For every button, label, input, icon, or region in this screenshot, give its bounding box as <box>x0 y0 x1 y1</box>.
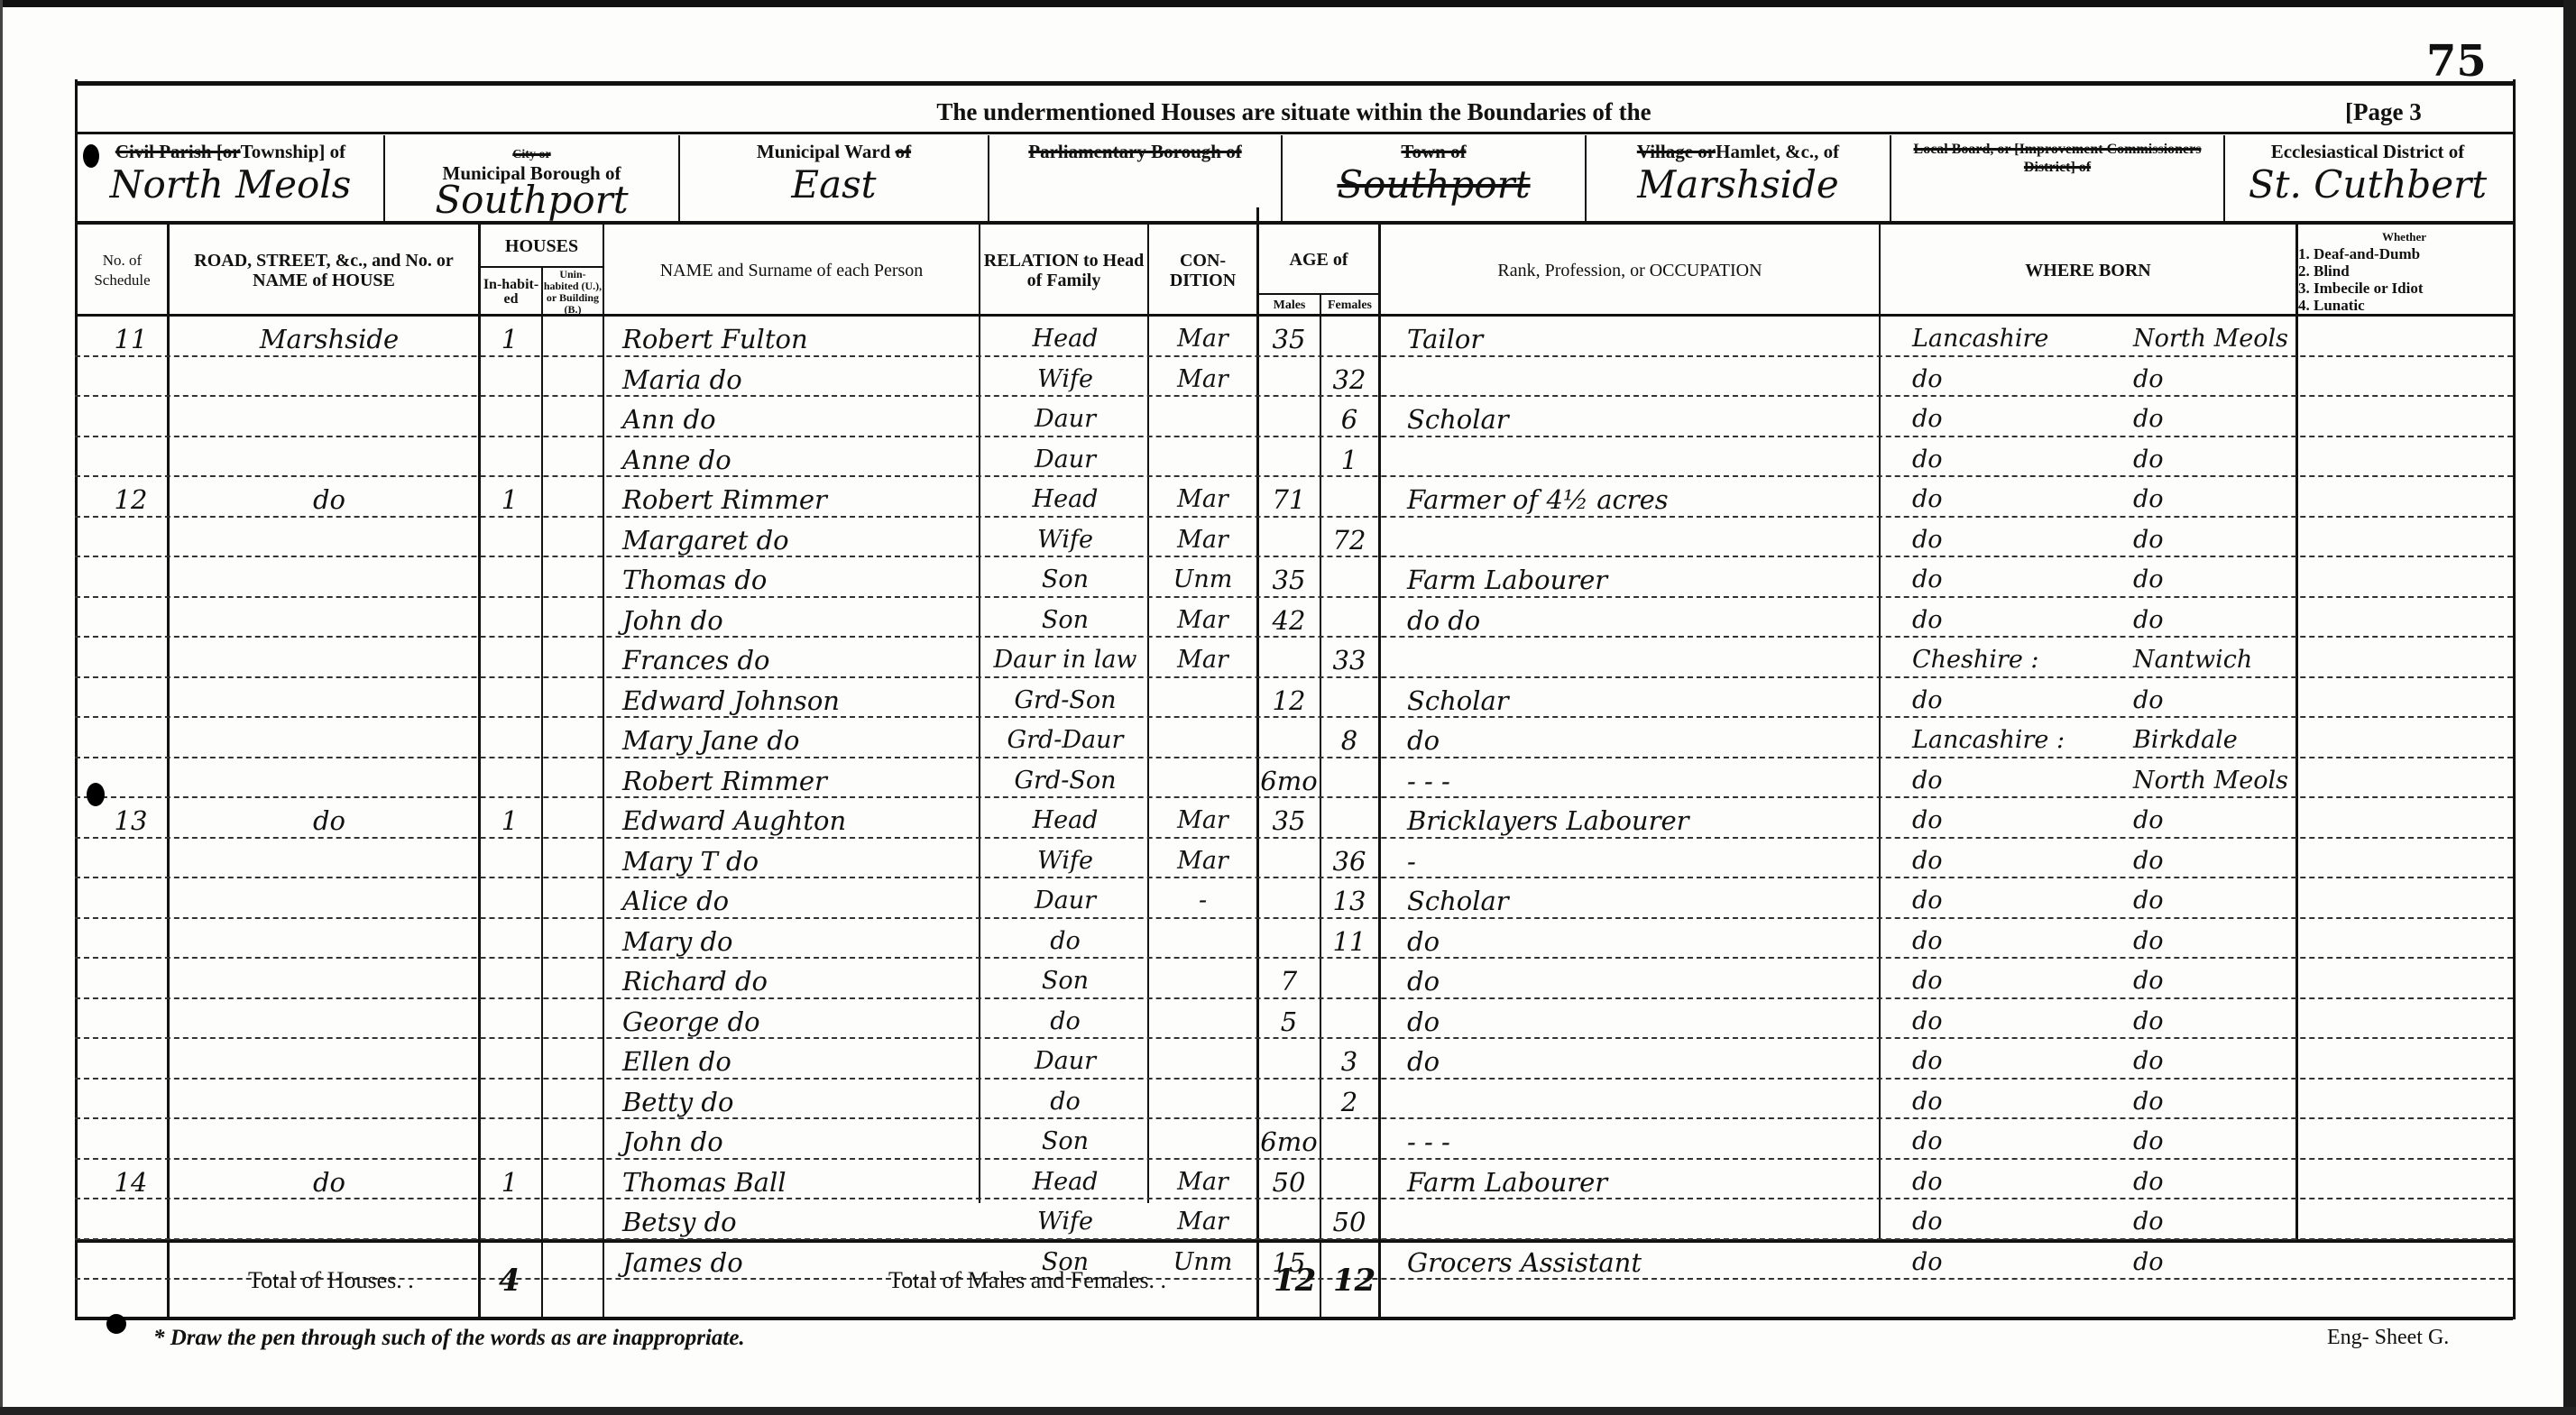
road-cell <box>194 919 465 960</box>
occupation-cell <box>1407 357 1876 398</box>
male-age-cell: 5 <box>1260 999 1318 1040</box>
schedule-cell <box>86 518 176 558</box>
name-cell: Thomas Ball <box>622 1160 974 1200</box>
total-females-value: 12 <box>1333 1245 1375 1317</box>
inhabited-cell <box>483 397 537 437</box>
condition-cell: Mar <box>1151 798 1255 839</box>
relation-cell: Wife <box>985 1199 1145 1240</box>
table-row: 12do1Robert RimmerHeadMar71Farmer of 4½ … <box>75 477 2513 518</box>
schedule-cell <box>86 557 176 598</box>
col-males: Males <box>1259 295 1320 315</box>
bottom-rule <box>75 1317 2513 1320</box>
female-age-cell: 11 <box>1322 919 1376 960</box>
male-age-cell <box>1260 1080 1318 1120</box>
col-females: Females <box>1321 295 1378 315</box>
condition-cell: Unm <box>1151 557 1255 598</box>
born-place-cell: do <box>2133 1199 2314 1240</box>
male-age-cell <box>1260 1199 1318 1240</box>
male-age-cell: 6mo <box>1260 1119 1318 1160</box>
condition-cell <box>1151 959 1255 999</box>
born-place-cell: North Meols <box>2133 758 2314 799</box>
name-cell: George do <box>622 999 974 1040</box>
born-place-cell: do <box>2133 357 2314 398</box>
female-age-cell: 50 <box>1322 1199 1376 1240</box>
female-age-cell: 8 <box>1322 718 1376 758</box>
born-place-cell: do <box>2133 1119 2314 1160</box>
road-cell: do <box>194 798 465 839</box>
schedule-cell <box>86 1039 176 1080</box>
male-age-cell: 71 <box>1260 477 1318 518</box>
road-cell <box>194 959 465 999</box>
road-cell <box>194 1199 465 1240</box>
born-county-cell: do <box>1912 1080 2111 1120</box>
condition-cell <box>1151 1119 1255 1160</box>
male-age-cell: 42 <box>1260 598 1318 639</box>
condition-cell: Mar <box>1151 518 1255 558</box>
ink-blot <box>106 1314 126 1334</box>
total-males-value: 12 <box>1274 1245 1316 1317</box>
road-cell <box>194 678 465 719</box>
born-place-cell: do <box>2133 999 2314 1040</box>
inhabited-cell <box>483 878 537 919</box>
name-cell: Ann do <box>622 397 974 437</box>
name-cell: Betty do <box>622 1080 974 1120</box>
total-houses-value: 4 <box>499 1245 520 1317</box>
relation-cell: Grd-Son <box>985 678 1145 719</box>
location-village-hamlet: Village orHamlet, &c., of Marshside <box>1587 135 1890 221</box>
name-cell: Anne do <box>622 437 974 478</box>
inhabited-cell <box>483 437 537 478</box>
relation-cell: Son <box>985 959 1145 999</box>
born-place-cell: do <box>2133 919 2314 960</box>
schedule-cell <box>86 638 176 678</box>
road-cell <box>194 1080 465 1120</box>
schedule-cell <box>86 678 176 719</box>
schedule-cell <box>86 919 176 960</box>
schedule-cell <box>86 999 176 1040</box>
name-cell: Robert Fulton <box>622 317 974 357</box>
male-age-cell <box>1260 878 1318 919</box>
male-age-cell: 12 <box>1260 678 1318 719</box>
male-age-cell: 35 <box>1260 798 1318 839</box>
ink-blot <box>87 783 105 806</box>
table-row: John doSonMar42do dododo <box>75 598 2513 639</box>
relation-cell: Head <box>985 317 1145 357</box>
male-age-cell <box>1260 1039 1318 1080</box>
born-place-cell: do <box>2133 839 2314 879</box>
table-row: Mary dodo11dododo <box>75 919 2513 960</box>
hamlet-value: Marshside <box>1587 162 1890 207</box>
road-cell <box>194 1119 465 1160</box>
table-row: Edward JohnsonGrd-Son12Scholardodo <box>75 678 2513 719</box>
relation-cell: Daur <box>985 397 1145 437</box>
table-row: George dodo5dododo <box>75 999 2513 1040</box>
inhabited-cell <box>483 1199 537 1240</box>
ward-value: East <box>680 162 988 207</box>
occupation-cell <box>1407 518 1876 558</box>
location-parliamentary-borough: Parliamentary Borough of <box>989 135 1281 221</box>
schedule-cell: 14 <box>86 1160 176 1200</box>
schedule-cell <box>86 878 176 919</box>
col-where-born: WHERE BORN <box>1881 225 2295 316</box>
condition-cell: Mar <box>1151 638 1255 678</box>
top-rule <box>75 81 2513 86</box>
col-condition: CON-DITION <box>1149 225 1256 316</box>
female-age-cell: 36 <box>1322 839 1376 879</box>
scan-top-edge <box>0 0 2576 7</box>
female-age-cell <box>1322 1160 1376 1200</box>
location-township: Civil Parish [orTownship] of North Meols <box>78 135 383 221</box>
born-county-cell: do <box>1912 397 2111 437</box>
female-age-cell: 6 <box>1322 397 1376 437</box>
condition-cell <box>1151 718 1255 758</box>
female-age-cell <box>1322 798 1376 839</box>
born-county-cell: do <box>1912 839 2111 879</box>
total-houses-label: Total of Houses. . <box>248 1245 414 1317</box>
female-age-cell: 32 <box>1322 357 1376 398</box>
condition-cell: Mar <box>1151 839 1255 879</box>
table-row: Mary T doWifeMar36-dodo <box>75 839 2513 879</box>
male-age-cell <box>1260 397 1318 437</box>
born-county-cell: do <box>1912 518 2111 558</box>
inhabited-cell <box>483 557 537 598</box>
condition-cell: Mar <box>1151 317 1255 357</box>
occupation-cell: do do <box>1407 598 1876 639</box>
table-row: Thomas doSonUnm35Farm Labourerdodo <box>75 557 2513 598</box>
born-place-cell: do <box>2133 959 2314 999</box>
road-cell <box>194 1039 465 1080</box>
inhabited-cell <box>483 1039 537 1080</box>
born-place-cell: do <box>2133 557 2314 598</box>
female-age-cell <box>1322 1119 1376 1160</box>
condition-cell <box>1151 1080 1255 1120</box>
table-row: Margaret doWifeMar72dodo <box>75 518 2513 558</box>
table-row: Betsy doWifeMar50dodo <box>75 1199 2513 1240</box>
born-county-cell: do <box>1912 798 2111 839</box>
occupation-cell: Farm Labourer <box>1407 1160 1876 1200</box>
inhabited-cell <box>483 678 537 719</box>
inhabited-cell: 1 <box>483 477 537 518</box>
male-age-cell <box>1260 518 1318 558</box>
relation-cell: do <box>985 1080 1145 1120</box>
inhabited-cell <box>483 919 537 960</box>
inhabited-cell <box>483 959 537 999</box>
table-row: Ann doDaur6Scholardodo <box>75 397 2513 437</box>
born-place-cell: do <box>2133 1039 2314 1080</box>
location-ecclesiastical-district: Ecclesiastical District of St. Cuthbert <box>2225 135 2510 221</box>
relation-cell: Wife <box>985 839 1145 879</box>
schedule-cell <box>86 437 176 478</box>
col-houses: HOUSES <box>481 225 603 266</box>
born-place-cell: do <box>2133 1080 2314 1120</box>
occupation-cell: do <box>1407 718 1876 758</box>
location-municipal-borough: City orMunicipal Borough of Southport <box>385 135 678 221</box>
table-row: 11Marshside1Robert FultonHeadMar35Tailor… <box>75 317 2513 357</box>
occupation-cell <box>1407 1080 1876 1120</box>
born-place-cell: do <box>2133 798 2314 839</box>
born-place-cell: do <box>2133 1160 2314 1200</box>
condition-cell <box>1151 437 1255 478</box>
schedule-cell <box>86 357 176 398</box>
relation-cell: Son <box>985 598 1145 639</box>
relation-cell: Head <box>985 477 1145 518</box>
schedule-cell <box>86 1119 176 1160</box>
born-county-cell: do <box>1912 437 2111 478</box>
table-row: John doSon6mo- - -dodo <box>75 1119 2513 1160</box>
name-cell: Robert Rimmer <box>622 477 974 518</box>
relation-cell: Son <box>985 1119 1145 1160</box>
col-occupation: Rank, Profession, or OCCUPATION <box>1381 225 1879 316</box>
inhabited-cell <box>483 839 537 879</box>
female-age-cell: 3 <box>1322 1039 1376 1080</box>
female-age-cell <box>1322 959 1376 999</box>
relation-cell: Daur <box>985 437 1145 478</box>
occupation-cell: Farmer of 4½ acres <box>1407 477 1876 518</box>
location-town: Town of Southport <box>1283 135 1585 221</box>
occupation-cell: do <box>1407 999 1876 1040</box>
male-age-cell: 7 <box>1260 959 1318 999</box>
col-uninhabited: Unin-habited (U.), or Building (B.) <box>543 268 603 316</box>
born-place-cell: do <box>2133 477 2314 518</box>
road-cell <box>194 518 465 558</box>
female-age-cell <box>1322 999 1376 1040</box>
female-age-cell: 13 <box>1322 878 1376 919</box>
road-cell <box>194 999 465 1040</box>
inhabited-cell: 1 <box>483 1160 537 1200</box>
relation-cell: do <box>985 919 1145 960</box>
town-value: Southport <box>1283 162 1585 207</box>
condition-cell: Mar <box>1151 477 1255 518</box>
born-place-cell: do <box>2133 878 2314 919</box>
location-municipal-ward: Municipal Ward of East <box>680 135 988 221</box>
name-cell: Edward Aughton <box>622 798 974 839</box>
occupation-cell <box>1407 437 1876 478</box>
born-county-cell: do <box>1912 678 2111 719</box>
total-persons-label: Total of Males and Females. . <box>888 1245 1166 1317</box>
occupation-cell: - <box>1407 839 1876 879</box>
relation-cell: Head <box>985 1160 1145 1200</box>
female-age-cell <box>1322 477 1376 518</box>
schedule-cell <box>86 598 176 639</box>
schedule-cell <box>86 959 176 999</box>
born-county-cell: do <box>1912 1240 2111 1281</box>
born-county-cell: Lancashire : <box>1912 718 2111 758</box>
born-county-cell: Cheshire : <box>1912 638 2111 678</box>
inhabited-cell <box>483 758 537 799</box>
schedule-cell <box>86 839 176 879</box>
relation-cell: Daur in law <box>985 638 1145 678</box>
occupation-cell: Grocers Assistant <box>1407 1240 1876 1281</box>
road-cell <box>194 638 465 678</box>
born-place-cell: do <box>2133 437 2314 478</box>
col-schedule: No. of Schedule <box>78 225 167 316</box>
table-row: Ellen doDaur3dododo <box>75 1039 2513 1080</box>
inhabited-cell <box>483 638 537 678</box>
born-county-cell: do <box>1912 758 2111 799</box>
table-row: Richard doSon7dododo <box>75 959 2513 999</box>
road-cell <box>194 878 465 919</box>
road-cell: do <box>194 1160 465 1200</box>
condition-cell <box>1151 999 1255 1040</box>
road-cell <box>194 718 465 758</box>
road-cell <box>194 437 465 478</box>
occupation-cell: do <box>1407 959 1876 999</box>
road-cell <box>194 557 465 598</box>
footnote: * Draw the pen through such of the words… <box>153 1326 745 1351</box>
road-cell: do <box>194 477 465 518</box>
occupation-cell: Bricklayers Labourer <box>1407 798 1876 839</box>
name-cell: Frances do <box>622 638 974 678</box>
male-age-cell: 35 <box>1260 557 1318 598</box>
road-cell: Marshside <box>194 317 465 357</box>
name-cell: Alice do <box>622 878 974 919</box>
occupation-cell: Scholar <box>1407 878 1876 919</box>
female-age-cell <box>1322 557 1376 598</box>
relation-cell: Daur <box>985 1039 1145 1080</box>
scan-bottom-edge <box>0 1407 2576 1415</box>
road-cell <box>194 397 465 437</box>
born-county-cell: do <box>1912 959 2111 999</box>
male-age-cell: 6mo <box>1260 758 1318 799</box>
relation-cell: Daur <box>985 878 1145 919</box>
banner-heading: The undermentioned Houses are situate wi… <box>75 90 2513 133</box>
female-age-cell: 33 <box>1322 638 1376 678</box>
table-row: Mary Jane doGrd-Daur8doLancashire :Birkd… <box>75 718 2513 758</box>
name-cell: Edward Johnson <box>622 678 974 719</box>
borough-value: Southport <box>385 184 678 216</box>
road-cell <box>194 758 465 799</box>
condition-cell <box>1151 1039 1255 1080</box>
road-cell <box>194 357 465 398</box>
inhabited-cell <box>483 999 537 1040</box>
inhabited-cell <box>483 1080 537 1120</box>
schedule-cell <box>86 718 176 758</box>
relation-cell: Grd-Son <box>985 758 1145 799</box>
occupation-cell: - - - <box>1407 758 1876 799</box>
name-cell: Margaret do <box>622 518 974 558</box>
ink-blot <box>83 144 99 168</box>
occupation-cell: do <box>1407 1039 1876 1080</box>
born-county-cell: do <box>1912 878 2111 919</box>
inhabited-cell <box>483 1119 537 1160</box>
inhabited-cell: 1 <box>483 798 537 839</box>
born-county-cell: do <box>1912 477 2111 518</box>
table-row: Frances doDaur in lawMar33Cheshire :Nant… <box>75 638 2513 678</box>
condition-cell: Mar <box>1151 357 1255 398</box>
female-age-cell: 1 <box>1322 437 1376 478</box>
inhabited-cell <box>483 718 537 758</box>
col-relation: RELATION to Head of Family <box>980 225 1147 316</box>
col-age: AGE of <box>1259 225 1378 293</box>
male-age-cell <box>1260 919 1318 960</box>
male-age-cell: 35 <box>1260 317 1318 357</box>
relation-cell: Son <box>985 557 1145 598</box>
schedule-cell <box>86 1080 176 1120</box>
female-age-cell: 72 <box>1322 518 1376 558</box>
occupation-cell: Scholar <box>1407 678 1876 719</box>
female-age-cell <box>1322 598 1376 639</box>
name-cell: Betsy do <box>622 1199 974 1240</box>
inhabited-cell <box>483 357 537 398</box>
township-value: North Meols <box>78 162 383 207</box>
name-cell: Maria do <box>622 357 974 398</box>
condition-cell <box>1151 758 1255 799</box>
schedule-cell <box>86 1199 176 1240</box>
road-cell <box>194 598 465 639</box>
born-place-cell: do <box>2133 397 2314 437</box>
occupation-cell: Scholar <box>1407 397 1876 437</box>
name-cell: Thomas do <box>622 557 974 598</box>
condition-cell: Unm <box>1151 1240 1255 1281</box>
relation-cell: Grd-Daur <box>985 718 1145 758</box>
schedule-cell <box>86 397 176 437</box>
born-county-cell: do <box>1912 919 2111 960</box>
male-age-cell <box>1260 437 1318 478</box>
form-identifier: Eng- Sheet G. <box>2327 1326 2449 1350</box>
born-place-cell: Nantwich <box>2133 638 2314 678</box>
location-local-board: Local Board, or [Improvement Commissione… <box>1891 135 2223 221</box>
table-row: 13do1Edward AughtonHeadMar35Bricklayers … <box>75 798 2513 839</box>
table-row: Alice doDaur-13Scholardodo <box>75 878 2513 919</box>
name-cell: John do <box>622 1119 974 1160</box>
born-place-cell: Birkdale <box>2133 718 2314 758</box>
female-age-cell: 2 <box>1322 1080 1376 1120</box>
born-place-cell: do <box>2133 518 2314 558</box>
male-age-cell <box>1260 718 1318 758</box>
occupation-cell: do <box>1407 919 1876 960</box>
inhabited-cell <box>483 518 537 558</box>
occupation-cell <box>1407 638 1876 678</box>
born-county-cell: do <box>1912 357 2111 398</box>
born-place-cell: do <box>2133 598 2314 639</box>
inhabited-cell <box>483 598 537 639</box>
female-age-cell <box>1322 758 1376 799</box>
male-age-cell: 50 <box>1260 1160 1318 1200</box>
col-infirmity: Whether 1. Deaf-and-Dumb 2. Blind 3. Imb… <box>2298 225 2510 316</box>
occupation-cell <box>1407 1199 1876 1240</box>
condition-cell: Mar <box>1151 598 1255 639</box>
condition-cell: Mar <box>1151 1199 1255 1240</box>
table-row: 14do1Thomas BallHeadMar50Farm Labourerdo… <box>75 1160 2513 1200</box>
col-inhabited: In-habit-ed <box>481 268 541 316</box>
occupation-cell: - - - <box>1407 1119 1876 1160</box>
table-row: Betty dodo2dodo <box>75 1080 2513 1120</box>
born-place-cell: do <box>2133 678 2314 719</box>
born-county-cell: do <box>1912 598 2111 639</box>
table-row: Robert RimmerGrd-Son6mo- - -doNorth Meol… <box>75 758 2513 799</box>
born-county-cell: do <box>1912 557 2111 598</box>
table-row: Anne doDaur1dodo <box>75 437 2513 478</box>
occupation-cell: Tailor <box>1407 317 1876 357</box>
relation-cell: Wife <box>985 518 1145 558</box>
col-road: ROAD, STREET, &c., and No. or NAME of HO… <box>170 225 478 316</box>
name-cell: Mary do <box>622 919 974 960</box>
condition-cell <box>1151 919 1255 960</box>
name-cell: Richard do <box>622 959 974 999</box>
born-county-cell: Lancashire <box>1912 317 2111 357</box>
road-cell <box>194 839 465 879</box>
born-county-cell: do <box>1912 999 2111 1040</box>
name-cell: Mary Jane do <box>622 718 974 758</box>
schedule-cell <box>86 1240 176 1281</box>
scan-left-edge <box>0 0 3 1415</box>
female-age-cell <box>1322 678 1376 719</box>
male-age-cell <box>1260 638 1318 678</box>
male-age-cell <box>1260 357 1318 398</box>
born-place-cell: North Meols <box>2133 317 2314 357</box>
schedule-cell: 12 <box>86 477 176 518</box>
condition-cell: - <box>1151 878 1255 919</box>
